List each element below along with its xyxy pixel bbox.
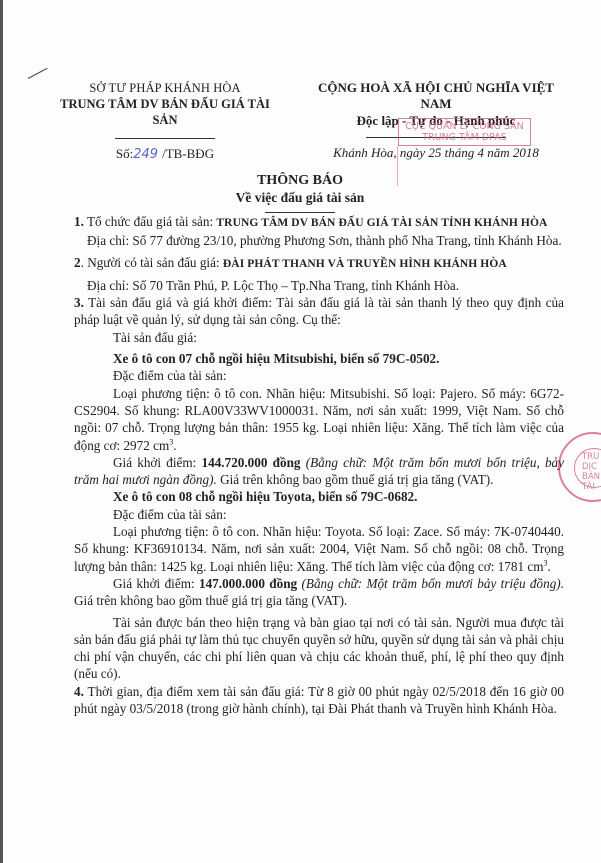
seal-stamp: TRU DỊC BÁN Đ TÀI <box>558 432 601 502</box>
assets-label: Tài sản đấu giá: <box>74 329 564 346</box>
price-words: (Bằng chữ: Một trăm bốn mươi bảy triệu đ… <box>297 576 564 591</box>
section-label: Tổ chức đấu giá tài sản: <box>84 214 217 229</box>
asset-2-name: Xe ô tô con 08 chỗ ngồi hiệu Toyota, biể… <box>74 488 564 505</box>
section-4: 4. Thời gian, địa điểm xem tài sản đấu g… <box>74 683 564 718</box>
asset-2-features: Loại phương tiện: ô tô con. Nhãn hiệu: T… <box>74 523 564 575</box>
price-label: Giá khởi điểm: <box>113 576 199 591</box>
period: . <box>547 559 550 574</box>
document-body: 1. Tổ chức đấu giá tài sản: TRUNG TÂM DV… <box>74 213 564 717</box>
pen-mark <box>28 68 48 79</box>
owner-address: Địa chỉ: Số 70 Trần Phú, P. Lộc Thọ – Tp… <box>74 277 564 294</box>
section-number: 1. <box>74 214 84 229</box>
document-date: Khánh Hòa, ngày 25 tháng 4 năm 2018 <box>305 144 567 162</box>
stamp-line-2: TRUNG TÂM DPAS <box>399 132 530 143</box>
organization-name: TRUNG TÂM DV BÁN ĐẤU GIÁ TÀI SẢN <box>60 96 270 128</box>
title-main: THÔNG BÁO <box>150 172 450 189</box>
period: . <box>173 438 176 453</box>
asset-1-name: Xe ô tô con 07 chỗ ngồi hiệu Mitsubishi,… <box>74 350 564 367</box>
section-text: Thời gian, địa điểm xem tài sản đấu giá:… <box>74 684 564 716</box>
document-number: Số:249/TB-BĐG <box>60 145 270 164</box>
section-number: 3. <box>74 295 84 310</box>
section-2: 2. Người có tài sản đấu giá: ĐÀI PHÁT TH… <box>74 254 564 273</box>
section-label: . Người có tài sản đấu giá: <box>81 255 223 270</box>
seal-text: TRU DỊC BÁN Đ TÀI <box>582 452 601 492</box>
scan-edge <box>0 0 3 863</box>
asset-1-features-label: Đặc điểm của tài sản: <box>74 367 564 384</box>
asset-owner: ĐÀI PHÁT THANH VÀ TRUYỀN HÌNH KHÁNH HÒA <box>223 258 507 270</box>
asset-2-features-label: Đặc điểm của tài sản: <box>74 506 564 523</box>
asset-1-features: Loại phương tiện: ô tô con. Nhãn hiệu: M… <box>74 385 564 454</box>
received-stamp: CỤC QUẢN LÝ CÔNG SẢN TRUNG TÂM DPAS <box>398 118 531 146</box>
stamp-line-1: CỤC QUẢN LÝ CÔNG SẢN <box>399 121 530 132</box>
section-1: 1. Tổ chức đấu giá tài sản: TRUNG TÂM DV… <box>74 213 564 232</box>
section-text: Tài sản đấu giá và giá khởi điểm: Tài sả… <box>74 295 564 327</box>
number-suffix: /TB-BĐG <box>162 146 214 161</box>
vat-note: Giá trên không bao gồm thuế giá trị gia … <box>217 472 494 487</box>
vat-note: Giá trên không bao gồm thuế giá trị gia … <box>74 593 347 608</box>
document-title: THÔNG BÁO Về việc đấu giá tài sản <box>150 172 450 213</box>
header-rule <box>115 138 215 139</box>
features-text: Loại phương tiện: ô tô con. Nhãn hiệu: T… <box>74 524 564 574</box>
auction-organizer: TRUNG TÂM DV BÁN ĐẤU GIÁ TÀI SẢN TỈNH KH… <box>216 217 547 229</box>
section-number: 4. <box>74 684 84 699</box>
section-number: 2 <box>74 255 81 270</box>
seal-text-line: TÀI <box>582 482 601 492</box>
seal-text-line: TRU <box>582 452 601 462</box>
asset-2-price: Giá khởi điểm: 147.000.000 đồng (Bằng ch… <box>74 575 564 610</box>
number-prefix: Số: <box>116 146 133 161</box>
organizer-address: Địa chỉ: Số 77 đường 23/10, phường Phươn… <box>74 232 564 249</box>
country-name: CỘNG HOÀ XÃ HỘI CHỦ NGHĨA VIỆT NAM <box>305 80 567 112</box>
header-left: SỞ TƯ PHÁP KHÁNH HÒA TRUNG TÂM DV BÁN ĐẤ… <box>60 80 270 164</box>
asset-1-price: Giá khởi điểm: 144.720.000 đồng (Bằng ch… <box>74 454 564 489</box>
price-value: 144.720.000 đồng <box>202 455 301 470</box>
sale-conditions: Tài sản được bán theo hiện trạng và bàn … <box>74 614 564 683</box>
seal-text-line: BÁN Đ <box>582 472 601 482</box>
price-value: 147.000.000 đồng <box>199 576 297 591</box>
features-text: Loại phương tiện: ô tô con. Nhãn hiệu: M… <box>74 386 564 453</box>
seal-text-line: DỊC <box>582 462 601 472</box>
department-name: SỞ TƯ PHÁP KHÁNH HÒA <box>60 80 270 96</box>
handwritten-number: 249 <box>133 147 158 162</box>
title-sub: Về việc đấu giá tài sản <box>150 189 450 206</box>
price-label: Giá khởi điểm: <box>113 455 202 470</box>
section-3: 3. Tài sản đấu giá và giá khởi điểm: Tài… <box>74 294 564 329</box>
